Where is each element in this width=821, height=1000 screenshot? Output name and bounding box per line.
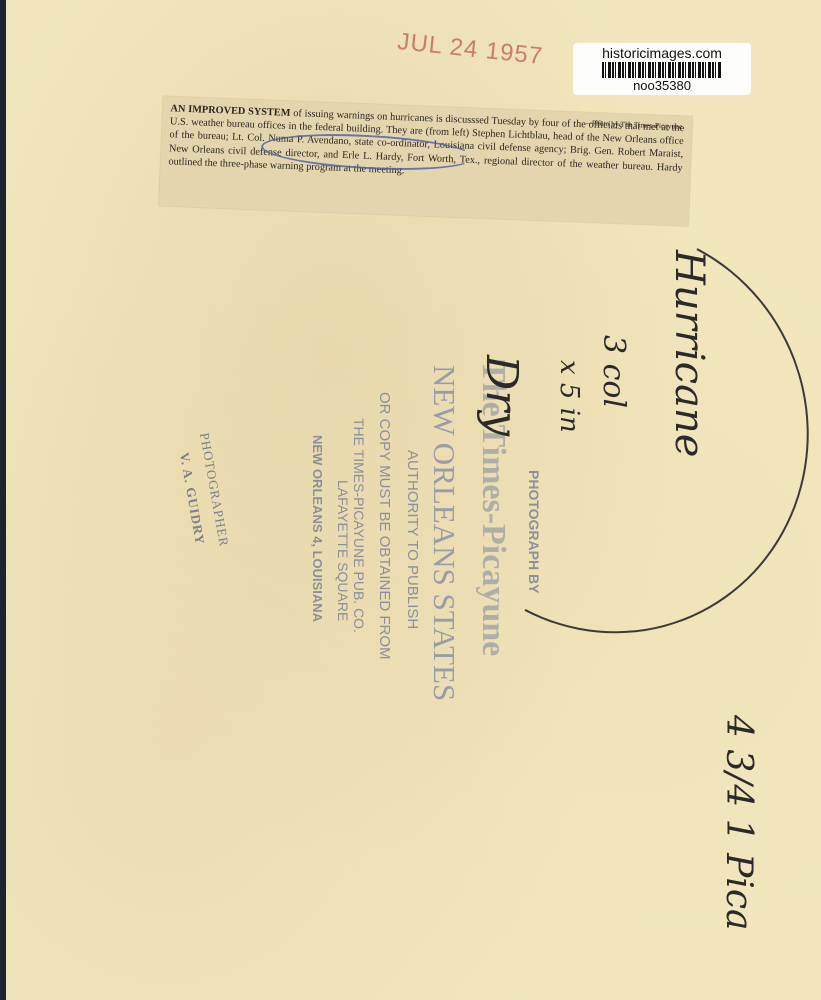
handwritten-note-hurricane: Hurricane [666,250,712,457]
publisher-stamp-line8: NEW ORLEANS 4, LOUISIANA [310,435,325,622]
publisher-stamp-line7: LAFAYETTE SQUARE [335,480,351,621]
handwritten-note-pica: 4 3/4 1 Pica [718,715,759,930]
handwritten-note-dry: Dry [476,355,527,436]
handwritten-note-size: x 5 in [554,360,584,433]
label-id: noo35380 [573,78,751,93]
photo-back: JUL 24 1957 historicimages.com noo35380 … [6,0,821,1000]
handwritten-note-columns: 3 col [596,335,631,408]
barcode-icon [602,62,722,78]
publisher-stamp-line1: PHOTOGRAPH BY [526,470,542,593]
archive-label: historicimages.com noo35380 [573,43,751,95]
publisher-stamp-line5: OR COPY MUST BE OBTAINED FROM [376,392,393,660]
publisher-stamp-line6: THE TIMES-PICAYUNE PUB. CO. [351,418,367,633]
publisher-stamp-line3: NEW ORLEANS STATES [426,365,462,701]
date-stamp: JUL 24 1957 [396,28,544,71]
label-site: historicimages.com [573,45,751,61]
publisher-stamp-line4: AUTHORITY TO PUBLISH [404,450,421,629]
